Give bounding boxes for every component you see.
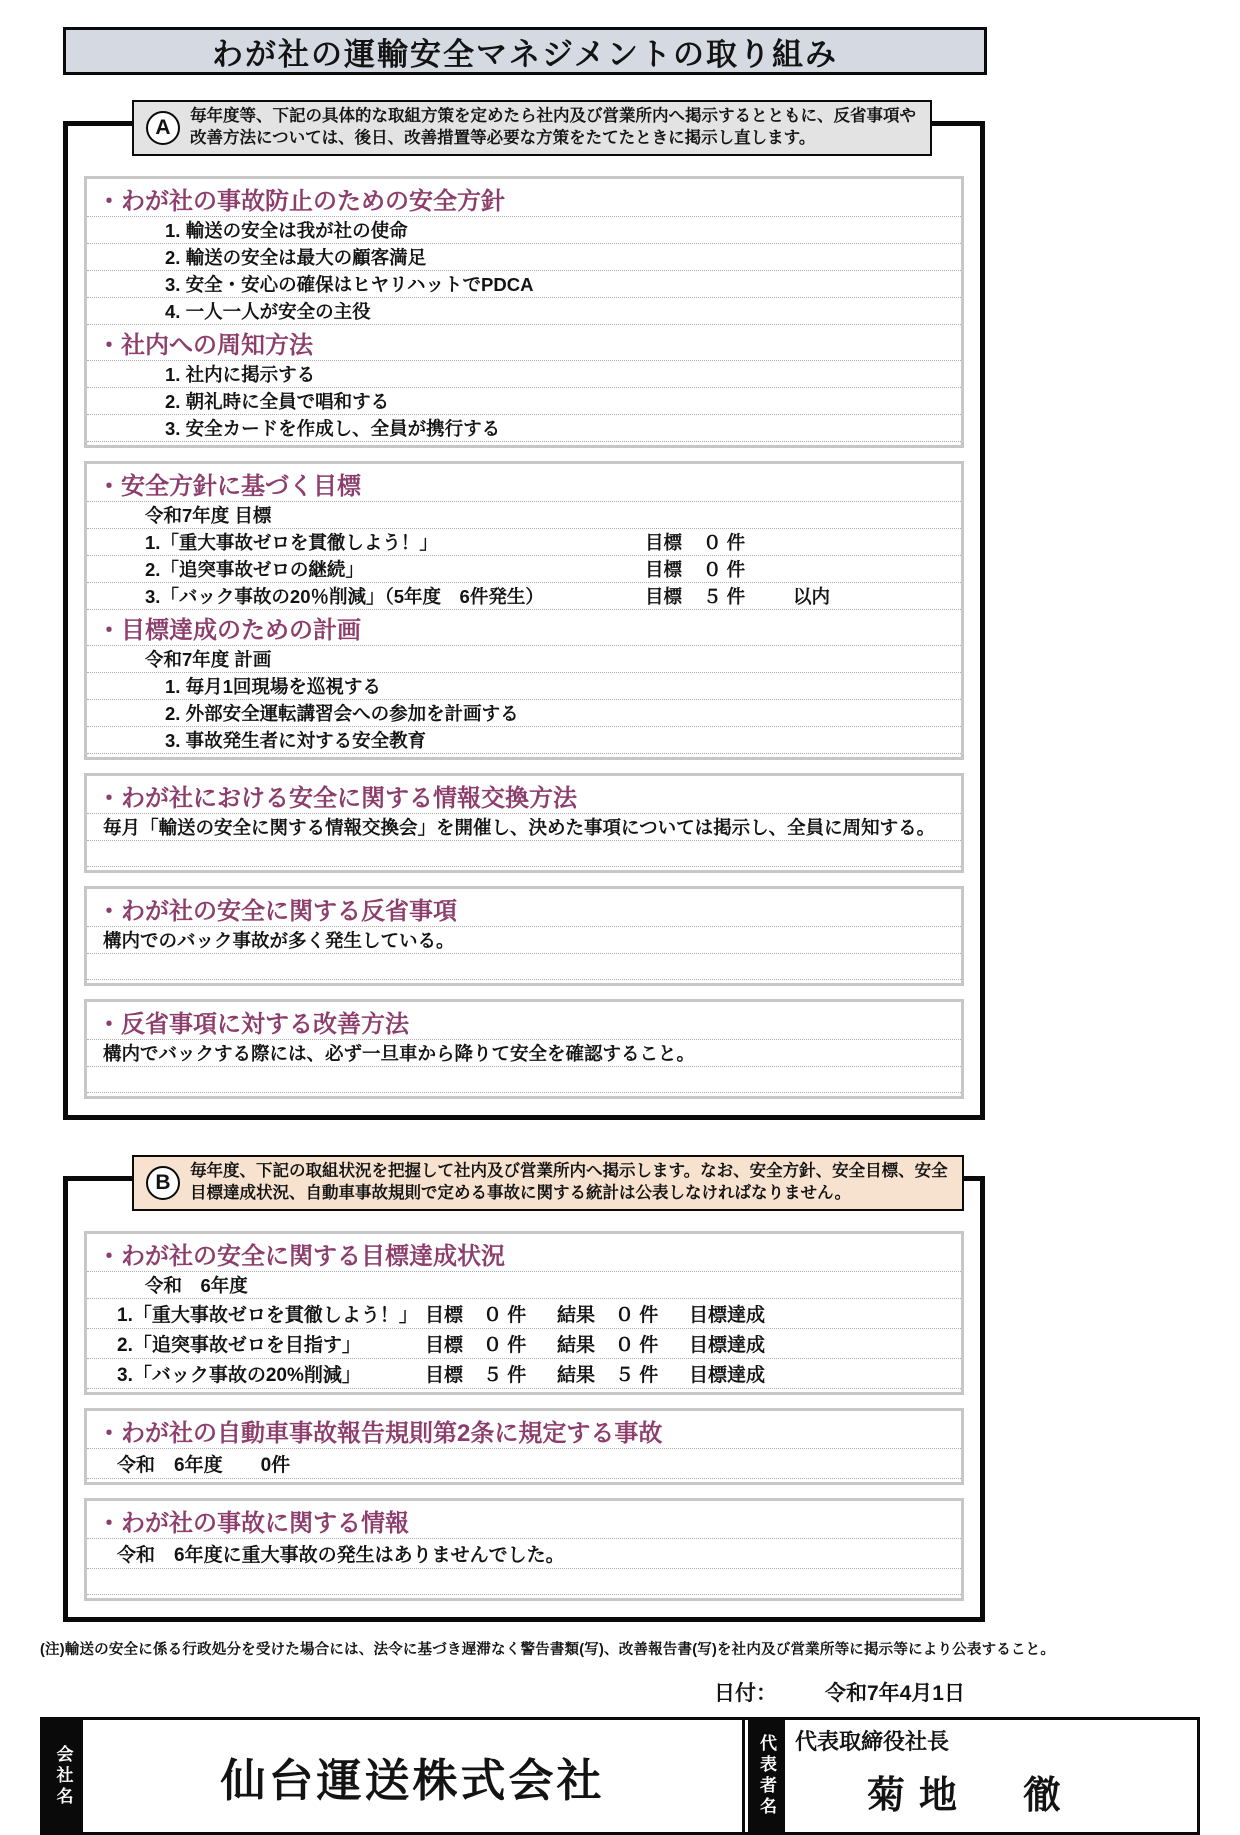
signature-table: 会社名 仙台運送株式会社 代表者名 代表取締役社長 菊地 徹	[40, 1717, 1200, 1835]
block-info-exchange: ・わが社における安全に関する情報交換方法 毎月「輸送の安全に関する情報交換会」を…	[84, 773, 964, 873]
section-heading: ・目標達成のための計画	[87, 610, 961, 646]
date-row: 日付： 令和7年4月1日	[0, 1677, 965, 1707]
goal-key: 目標	[645, 556, 703, 582]
goal-row: 1.「重大事故ゼロを貫徹しよう！」 目標 ０ 件	[87, 529, 961, 556]
list-item: 2. 朝礼時に全員で唱和する	[87, 388, 961, 415]
block-reflection: ・わが社の安全に関する反省事項 構内でのバック事故が多く発生している。	[84, 886, 964, 986]
achievement-item-label: 2.「追突事故ゼロを目指す」	[117, 1330, 425, 1357]
goal-row: 2.「追突事故ゼロの継続」 目標 ０ 件	[87, 556, 961, 583]
note-b-text: 毎年度、下記の取組状況を把握して社内及び営業所内へ掲示します。なお、安全方針、安…	[190, 1161, 950, 1205]
achievement-row: 2.「追突事故ゼロを目指す」 目標 ０ 件 結果 ０ 件 目標達成	[87, 1329, 961, 1359]
goal-suffix: 以内	[793, 583, 830, 609]
section-heading: ・わが社の事故防止のための安全方針	[87, 181, 961, 217]
note-a-text: 毎年度等、下記の具体的な取組方策を定めたら社内及び営業所内へ掲示するとともに、反…	[190, 106, 918, 150]
representative-cell: 代表取締役社長 菊地 徹	[785, 1720, 1197, 1832]
company-name-label: 会社名	[43, 1720, 83, 1832]
goal-item-label: 1.「重大事故ゼロを貫徹しよう！」	[145, 529, 645, 555]
section-heading: ・反省事項に対する改善方法	[87, 1004, 961, 1040]
section-heading: ・わが社の自動車事故報告規則第2条に規定する事故	[87, 1413, 961, 1449]
goal-count: ５ 件	[483, 1360, 557, 1387]
note-b: B 毎年度、下記の取組状況を把握して社内及び営業所内へ掲示します。なお、安全方針…	[132, 1155, 964, 1211]
company-name-text: 仙台運送株式会社	[220, 1744, 604, 1809]
goal-count: ０ 件	[703, 556, 793, 582]
block-accident-info: ・わが社の事故に関する情報 令和 6年度に重大事故の発生はありませんでした。	[84, 1498, 964, 1601]
blank-line	[87, 954, 961, 980]
company-name: 仙台運送株式会社	[83, 1720, 745, 1832]
note-a: A 毎年度等、下記の具体的な取組方策を定めたら社内及び営業所内へ掲示するとともに…	[132, 100, 932, 156]
document-page: わが社の運輸安全マネジメントの取り組み A 毎年度等、下記の具体的な取組方策を定…	[0, 27, 1240, 1835]
goal-key: 目標	[645, 583, 703, 609]
list-item: 3. 事故発生者に対する安全教育	[87, 727, 961, 754]
section-b-frame: B 毎年度、下記の取組状況を把握して社内及び営業所内へ掲示します。なお、安全方針…	[63, 1176, 985, 1622]
goal-key: 目標	[425, 1300, 483, 1327]
fiscal-year-label: 令和7年度 計画	[87, 646, 961, 673]
fiscal-year-label: 令和7年度 目標	[87, 502, 961, 529]
block-improvement: ・反省事項に対する改善方法 構内でバックする際には、必ず一旦車から降りて安全を確…	[84, 999, 964, 1099]
status-text: 目標達成	[689, 1300, 765, 1327]
representative-title: 代表取締役社長	[795, 1725, 1187, 1756]
achievement-row: 3.「バック事故の20%削減」 目標 ５ 件 結果 ５ 件 目標達成	[87, 1359, 961, 1389]
list-item: 3. 安全カードを作成し、全員が携行する	[87, 415, 961, 442]
badge-b-icon: B	[146, 1166, 180, 1200]
goal-key: 目標	[645, 529, 703, 555]
blank-line	[87, 1067, 961, 1093]
fiscal-year-label: 令和 6年度	[87, 1272, 961, 1299]
date-value: 令和7年4月1日	[825, 1677, 965, 1707]
goal-item-label: 2.「追突事故ゼロの継続」	[145, 556, 645, 582]
achievement-row: 1.「重大事故ゼロを貫徹しよう！」 目標 ０ 件 結果 ０ 件 目標達成	[87, 1299, 961, 1329]
list-item: 4. 一人一人が安全の主役	[87, 298, 961, 325]
body-text: 構内でバックする際には、必ず一旦車から降りて安全を確認すること。	[87, 1040, 961, 1067]
status-text: 目標達成	[689, 1330, 765, 1357]
block-safety-policy: ・わが社の事故防止のための安全方針 1. 輸送の安全は我が社の使命 2. 輸送の…	[84, 176, 964, 448]
result-count: ０ 件	[615, 1330, 689, 1357]
list-item: 1. 毎月1回現場を巡視する	[87, 673, 961, 700]
goal-key: 目標	[425, 1330, 483, 1357]
body-text: 令和 6年度に重大事故の発生はありませんでした。	[87, 1539, 961, 1569]
achievement-item-label: 3.「バック事故の20%削減」	[117, 1360, 425, 1387]
body-text: 構内でのバック事故が多く発生している。	[87, 927, 961, 954]
list-item: 3. 安全・安心の確保はヒヤリハットでPDCA	[87, 271, 961, 298]
list-item: 1. 輸送の安全は我が社の使命	[87, 217, 961, 244]
date-label: 日付：	[714, 1677, 777, 1707]
section-heading: ・わが社の事故に関する情報	[87, 1503, 961, 1539]
goal-key: 目標	[425, 1360, 483, 1387]
badge-a-icon: A	[146, 111, 180, 145]
representative-label: 代表者名	[745, 1720, 785, 1832]
block-goals-and-plan: ・安全方針に基づく目標 令和7年度 目標 1.「重大事故ゼロを貫徹しよう！」 目…	[84, 461, 964, 760]
status-text: 目標達成	[689, 1360, 765, 1387]
result-count: ０ 件	[615, 1300, 689, 1327]
result-key: 結果	[557, 1330, 615, 1357]
legal-footnote: (注)輸送の安全に係る行政処分を受けた場合には、法令に基づき遅滞なく警告書類(写…	[40, 1638, 1200, 1659]
goal-count: ０ 件	[483, 1330, 557, 1357]
block-goal-achievement: ・わが社の安全に関する目標達成状況 令和 6年度 1.「重大事故ゼロを貫徹しよう…	[84, 1231, 964, 1395]
goal-row: 3.「バック事故の20％削減」（5年度 6件発生） 目標 ５ 件 以内	[87, 583, 961, 610]
section-heading: ・社内への周知方法	[87, 325, 961, 361]
goal-count: ０ 件	[703, 529, 793, 555]
section-heading: ・安全方針に基づく目標	[87, 466, 961, 502]
blank-line	[87, 841, 961, 867]
achievement-item-label: 1.「重大事故ゼロを貫徹しよう！」	[117, 1300, 425, 1327]
title-banner: わが社の運輸安全マネジメントの取り組み	[63, 27, 987, 75]
section-heading: ・わが社の安全に関する反省事項	[87, 891, 961, 927]
result-key: 結果	[557, 1300, 615, 1327]
section-a-frame: A 毎年度等、下記の具体的な取組方策を定めたら社内及び営業所内へ掲示するとともに…	[63, 121, 985, 1120]
block-article2-accidents: ・わが社の自動車事故報告規則第2条に規定する事故 令和 6年度 0件	[84, 1408, 964, 1485]
list-item: 2. 輸送の安全は最大の顧客満足	[87, 244, 961, 271]
body-text: 令和 6年度 0件	[87, 1449, 961, 1479]
result-key: 結果	[557, 1360, 615, 1387]
page-title: わが社の運輸安全マネジメントの取り組み	[212, 29, 838, 74]
goal-count: ５ 件	[703, 583, 793, 609]
list-item: 2. 外部安全運転講習会への参加を計画する	[87, 700, 961, 727]
representative-name: 菊地 徹	[867, 1764, 1187, 1819]
goal-count: ０ 件	[483, 1300, 557, 1327]
result-count: ５ 件	[615, 1360, 689, 1387]
body-text: 毎月「輸送の安全に関する情報交換会」を開催し、決めた事項については掲示し、全員に…	[87, 814, 961, 841]
goal-item-label: 3.「バック事故の20％削減」（5年度 6件発生）	[145, 583, 645, 609]
list-item: 1. 社内に掲示する	[87, 361, 961, 388]
section-heading: ・わが社における安全に関する情報交換方法	[87, 778, 961, 814]
blank-line	[87, 1569, 961, 1595]
section-heading: ・わが社の安全に関する目標達成状況	[87, 1236, 961, 1272]
